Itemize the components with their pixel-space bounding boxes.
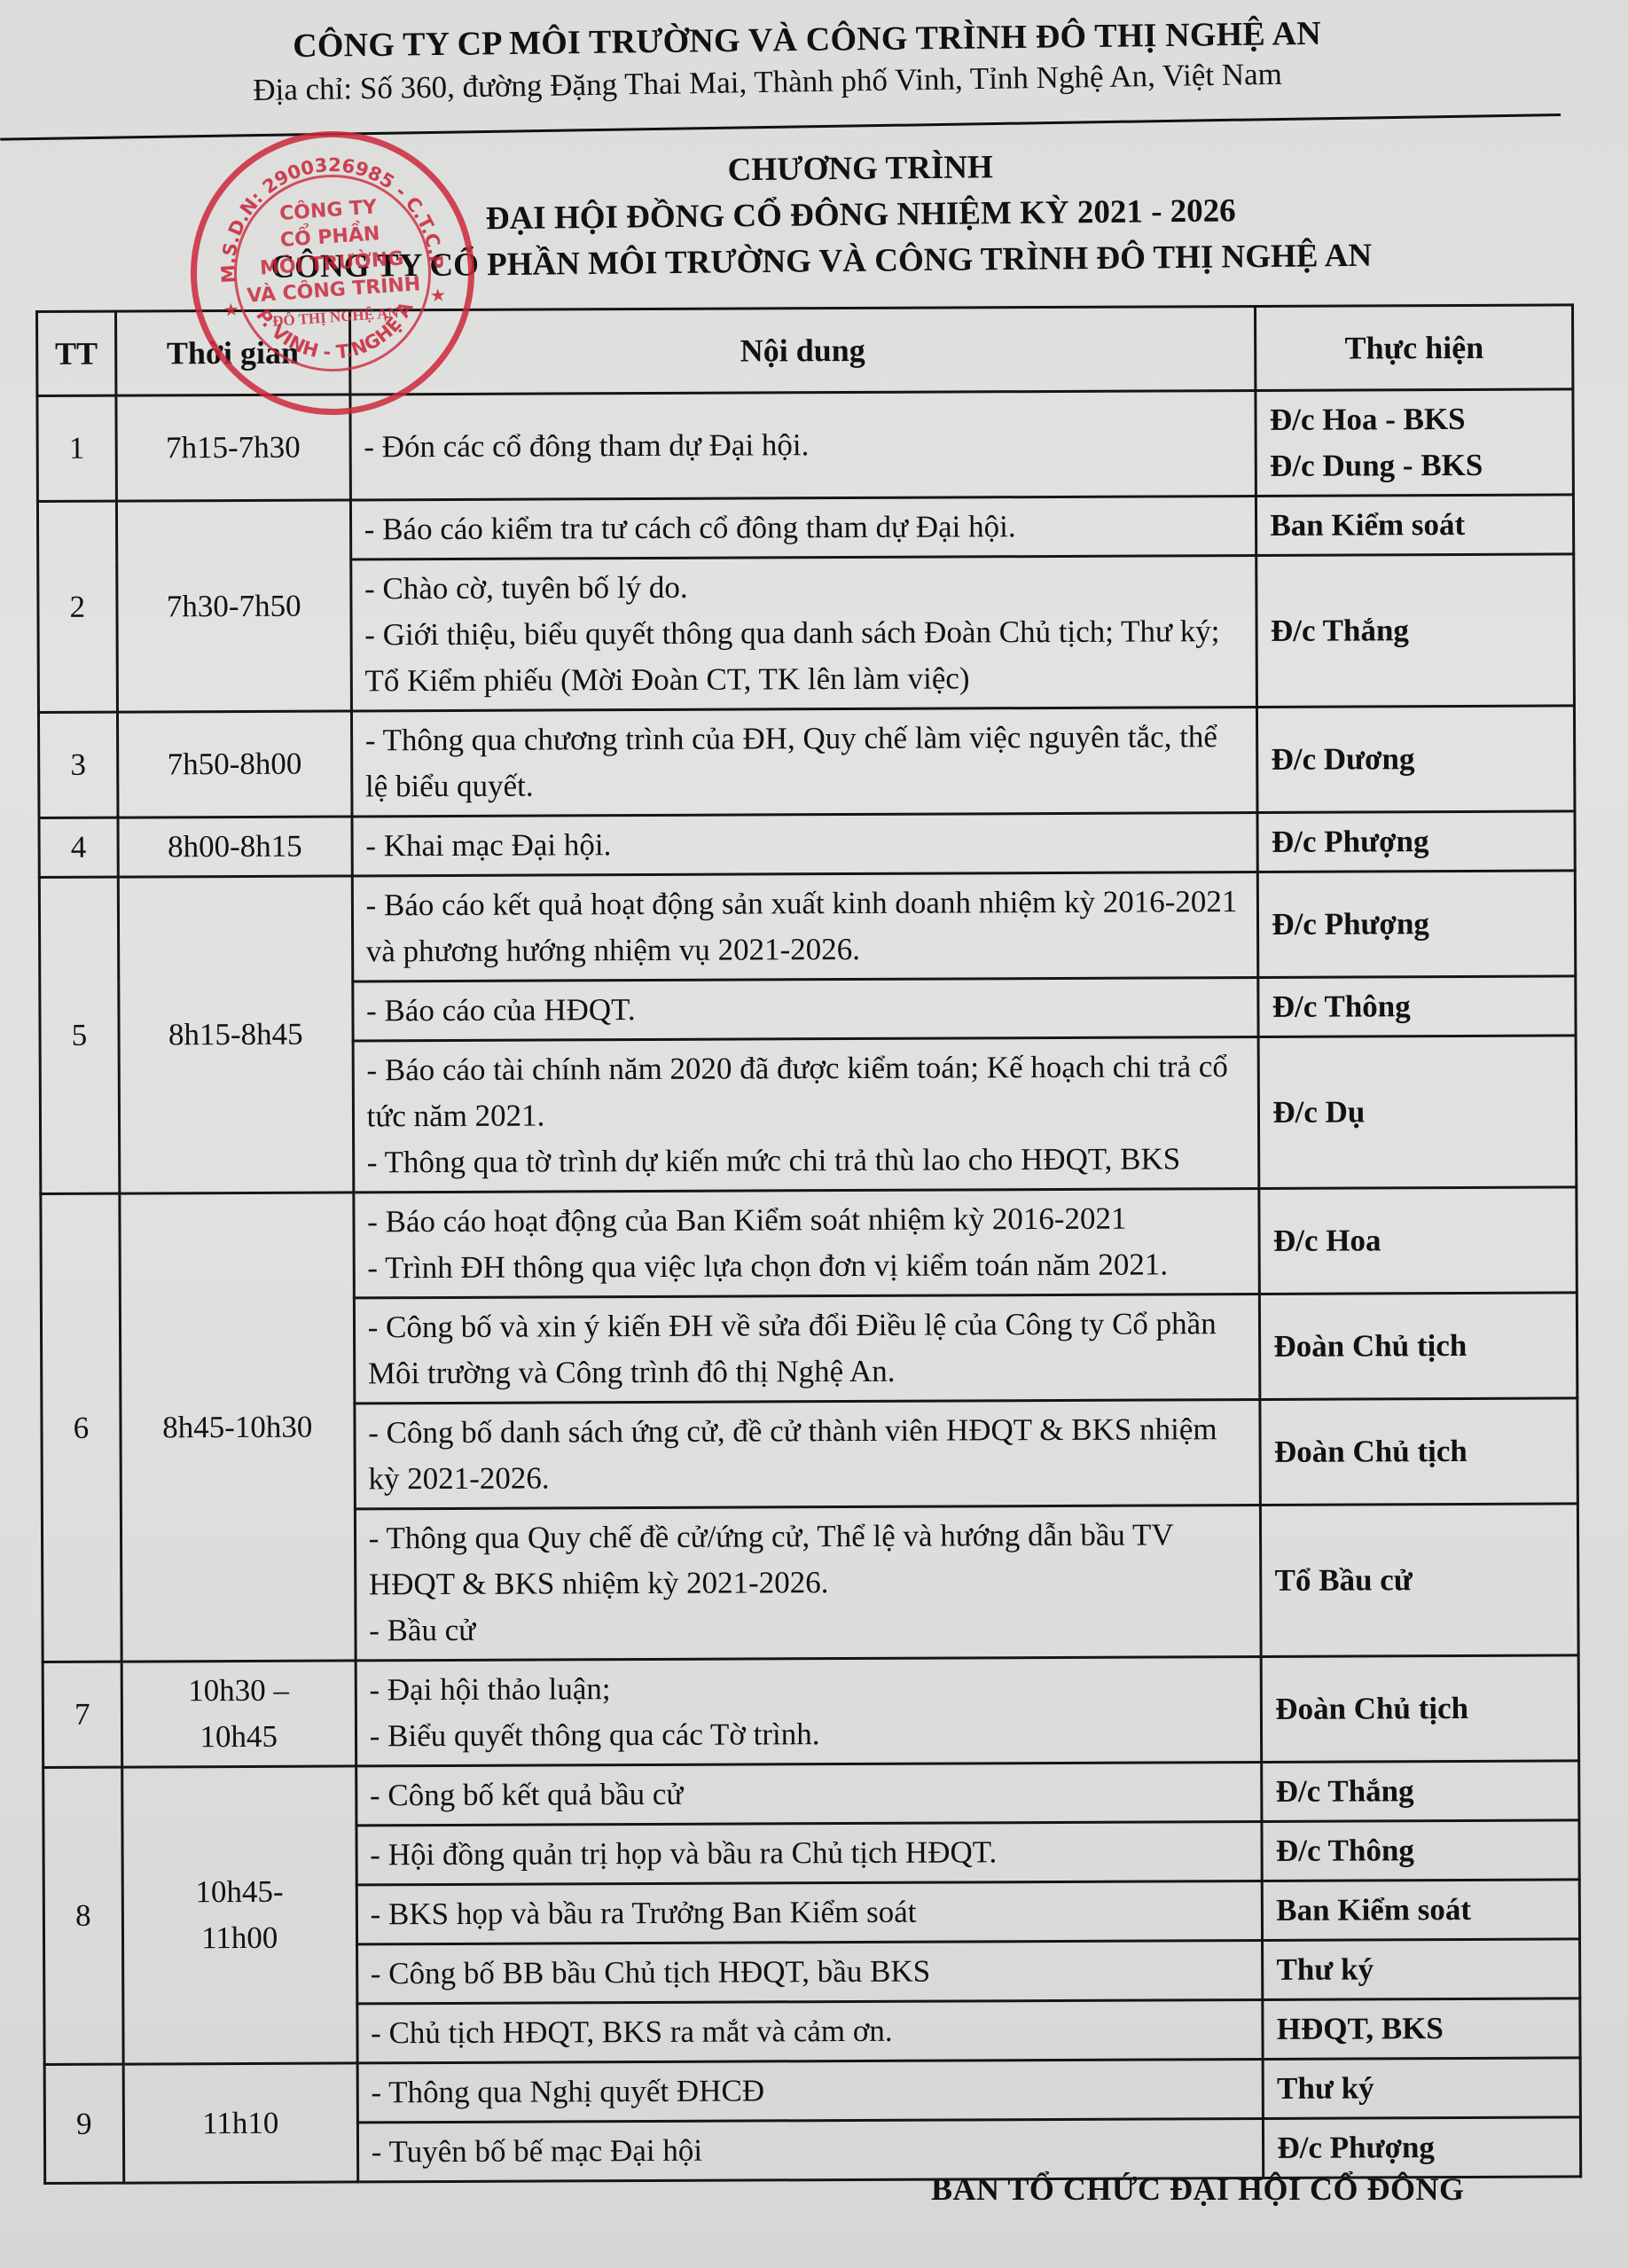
time-slot: 10h45-11h00 [121,1766,356,2064]
content-line: - Thông qua Quy chế đề cử/ứng cử, Thể lệ… [369,1512,1248,1607]
item-number: 4 [39,817,118,877]
responsible-person: Đoàn Chủ tịch [1260,1293,1577,1400]
item-number: 5 [39,877,119,1193]
content-line: - Chủ tịch HĐQT, BKS ra mắt và cảm ơn. [371,2006,1249,2056]
responsible-person: Đ/c Phượng [1257,811,1575,872]
agenda-content: - Thông qua chương trình của ĐH, Quy chế… [351,707,1257,816]
time-slot: 10h30 –10h45 [121,1661,356,1767]
responsible-person: Ban Kiểm soát [1256,495,1574,556]
content-line: - Biểu quyết thông qua các Tờ trình. [370,1709,1248,1759]
agenda-content: - Đại hội thảo luận;- Biểu quyết thông q… [356,1656,1262,1765]
responsible-line: Đ/c Dương [1271,735,1561,782]
document-page: CÔNG TY CP MÔI TRƯỜNG VÀ CÔNG TRÌNH ĐÔ T… [0,0,1628,2268]
agenda-content: - Công bố và xin ý kiến ĐH về sửa đổi Đi… [354,1294,1260,1403]
agenda-row: 810h45-11h00- Công bố kết quả bầu cửĐ/c … [43,1761,1579,1827]
responsible-line: Tổ Bầu cử [1274,1556,1564,1603]
responsible-line: Ban Kiểm soát [1276,1886,1566,1933]
agenda-row: 58h15-8h45- Báo cáo kết quả hoạt động sả… [39,871,1576,983]
responsible-line: HĐQT, BKS [1277,2005,1567,2052]
time-slot: 7h30-7h50 [116,500,351,712]
agenda-row: 37h50-8h00- Thông qua chương trình của Đ… [38,706,1575,818]
responsible-line: Đ/c Phượng [1272,900,1561,947]
responsible-line: Đ/c Thông [1276,1826,1566,1873]
document-title: CHƯƠNG TRÌNH ĐẠI HỘI ĐỒNG CỔ ĐÔNG NHIỆM … [248,140,1474,291]
responsible-line: Đ/c Hoa [1273,1216,1563,1263]
item-number: 9 [44,2064,123,2183]
responsible-person: Đ/c Dụ [1258,1036,1576,1189]
header-time: Thời gian [115,310,349,395]
header-content: Nội dung [349,306,1256,394]
time-line: 8h45-10h30 [134,1404,340,1451]
responsible-person: Đoàn Chủ tịch [1260,1398,1577,1505]
time-slot: 7h15-7h30 [116,395,350,501]
responsible-line: Đ/c Thông [1272,982,1562,1029]
responsible-line: Đoàn Chủ tịch [1273,1322,1563,1369]
content-line: - Trình ĐH thông qua việc lựa chọn đơn v… [367,1241,1246,1291]
responsible-person: Đ/c Hoa [1259,1187,1577,1294]
content-line: - BKS họp và bầu ra Trưởng Ban Kiểm soát [370,1888,1248,1937]
content-line: - Thông qua chương trình của ĐH, Quy chế… [365,714,1244,809]
responsible-person: Ban Kiểm soát [1263,1880,1580,1941]
responsible-person: Đ/c Phượng [1264,2117,1581,2178]
agenda-body: 17h15-7h30- Đón các cổ đông tham dự Đại … [37,389,1581,2184]
responsible-person: Tổ Bầu cử [1261,1504,1578,1657]
responsible-person: Đ/c Thông [1258,976,1576,1037]
item-number: 2 [37,501,117,712]
content-line: - Báo cáo hoạt động của Ban Kiểm soát nh… [367,1195,1246,1245]
content-line: - Giới thiệu, biểu quyết thông qua danh … [364,608,1243,704]
agenda-content: - Báo cáo hoạt động của Ban Kiểm soát nh… [354,1188,1260,1297]
responsible-person: Đoàn Chủ tịch [1261,1655,1578,1763]
responsible-line: Đ/c Thắng [1276,1767,1566,1814]
responsible-person: Đ/c Hoa - BKSĐ/c Dung - BKS [1256,389,1573,497]
responsible-line: Đ/c Hoa - BKS [1270,396,1560,443]
time-slot: 8h00-8h15 [118,817,352,877]
time-line: 7h30-7h50 [130,583,337,630]
time-line: 10h45 [136,1714,342,1761]
agenda-content: - BKS họp và bầu ra Trưởng Ban Kiểm soát [356,1881,1263,1943]
agenda-content: - Công bố kết quả bầu cử [356,1762,1262,1825]
responsible-line: Ban Kiểm soát [1270,502,1560,549]
time-line: 11h00 [137,1915,343,1962]
responsible-person: Đ/c Thắng [1256,554,1574,708]
responsible-person: Thư ký [1263,1939,1580,2000]
agenda-content: - Báo cáo kết quả hoạt động sản xuất kin… [352,872,1258,981]
agenda-content: - Khai mạc Đại hội. [352,812,1258,875]
responsible-person: Thư ký [1263,2058,1580,2119]
agenda-content: - Thông qua Nghị quyết ĐHCĐ [357,2059,1264,2122]
item-number: 1 [37,395,116,501]
agenda-content: - Đón các cổ đông tham dự Đại hội. [350,390,1256,499]
responsible-line: Đ/c Phượng [1277,2123,1567,2170]
content-line: - Công bố danh sách ứng cử, đề cử thành … [368,1406,1247,1502]
time-line: 8h00-8h15 [131,824,338,871]
agenda-content: - Tuyên bố bế mạc Đại hội [357,2118,1264,2181]
content-line: - Công bố BB bầu Chủ tịch HĐQT, bầu BKS [371,1947,1249,1997]
content-line: - Đại hội thảo luận; [369,1663,1248,1713]
agenda-row: 710h30 –10h45- Đại hội thảo luận;- Biểu … [43,1655,1579,1768]
content-line: - Chào cờ, tuyên bố lý do. [364,562,1243,612]
time-slot: 8h45-10h30 [120,1193,356,1662]
responsible-line: Đ/c Thắng [1271,607,1561,654]
agenda-content: - Hội đồng quản trị họp và bầu ra Chủ tị… [356,1821,1263,1884]
content-line: - Công bố và xin ý kiến ĐH về sửa đổi Đi… [368,1301,1247,1396]
time-line: 11h10 [137,2100,344,2147]
time-line: 7h50-8h00 [131,741,338,788]
responsible-line: Thư ký [1276,1945,1566,1992]
agenda-content: - Công bố danh sách ứng cử, đề cử thành … [355,1399,1261,1508]
time-line: 7h15-7h30 [129,425,336,472]
agenda-content: - Thông qua Quy chế đề cử/ứng cử, Thể lệ… [355,1505,1261,1660]
content-line: - Công bố kết quả bầu cử [370,1769,1248,1818]
item-number: 7 [43,1662,121,1767]
agenda-content: - Chủ tịch HĐQT, BKS ra mắt và cảm ơn. [356,1999,1263,2062]
agenda-content: - Công bố BB bầu Chủ tịch HĐQT, bầu BKS [356,1940,1263,2003]
content-line: - Báo cáo kết quả hoạt động sản xuất kin… [365,879,1244,974]
time-line: 10h30 – [136,1668,342,1715]
time-line: 10h45- [137,1869,343,1916]
agenda-header-row: TT Thời gian Nội dung Thực hiện [37,305,1573,396]
responsible-line: Đoàn Chủ tịch [1274,1427,1564,1474]
responsible-person: Đ/c Thông [1262,1820,1579,1881]
responsible-person: HĐQT, BKS [1263,1998,1580,2060]
agenda-row: 17h15-7h30- Đón các cổ đông tham dự Đại … [37,389,1574,502]
content-line: - Thông qua tờ trình dự kiến mức chi trả… [367,1136,1246,1185]
header-responsible: Thực hiện [1256,305,1573,391]
time-slot: 7h50-8h00 [117,711,351,817]
time-slot: 8h15-8h45 [118,876,353,1193]
agenda-content: - Chào cờ, tuyên bố lý do.- Giới thiệu, … [350,555,1256,710]
agenda-content: - Báo cáo kiểm tra tư cách cổ đông tham … [350,496,1256,559]
content-line: - Báo cáo kiểm tra tư cách cổ đông tham … [364,503,1243,552]
content-line: - Bầu cử [369,1604,1248,1654]
agenda-content: - Báo cáo của HĐQT. [352,977,1258,1040]
responsible-person: Đ/c Phượng [1258,871,1576,978]
responsible-person: Đ/c Thắng [1262,1761,1579,1822]
agenda-table: TT Thời gian Nội dung Thực hiện 17h15-7h… [35,303,1582,2185]
header-divider [0,113,1561,141]
responsible-person: Đ/c Dương [1257,706,1575,813]
content-line: - Hội đồng quản trị họp và bầu ra Chủ tị… [370,1828,1248,1878]
agenda-row: 911h10- Thông qua Nghị quyết ĐHCĐThư ký [44,2058,1580,2124]
responsible-line: Đoàn Chủ tịch [1275,1685,1565,1732]
agenda-row: 27h30-7h50- Báo cáo kiểm tra tư cách cổ … [37,495,1573,561]
item-number: 3 [38,712,117,817]
agenda-row: 68h45-10h30- Báo cáo hoạt động của Ban K… [41,1187,1577,1300]
responsible-line: Thư ký [1277,2064,1567,2111]
time-line: 8h15-8h45 [132,1012,339,1059]
responsible-line: Đ/c Dung - BKS [1270,442,1560,489]
item-number: 8 [43,1767,123,2064]
content-line: - Thông qua Nghị quyết ĐHCĐ [371,2066,1249,2115]
responsible-line: Đ/c Phượng [1272,817,1561,864]
agenda-row: 48h00-8h15- Khai mạc Đại hội.Đ/c Phượng [39,811,1575,878]
content-line: - Tuyên bố bế mạc Đại hội [372,2125,1250,2175]
content-line: - Báo cáo tài chính năm 2020 đã được kiể… [366,1044,1245,1139]
item-number: 6 [41,1193,121,1662]
responsible-line: Đ/c Dụ [1272,1088,1562,1135]
header-tt: TT [37,311,116,395]
content-line: - Đón các cổ đông tham dự Đại hội. [364,420,1242,470]
time-slot: 11h10 [123,2063,357,2183]
content-line: - Báo cáo của HĐQT. [366,984,1245,1034]
content-line: - Khai mạc Đại hội. [365,819,1244,869]
agenda-content: - Báo cáo tài chính năm 2020 đã được kiể… [353,1036,1259,1192]
